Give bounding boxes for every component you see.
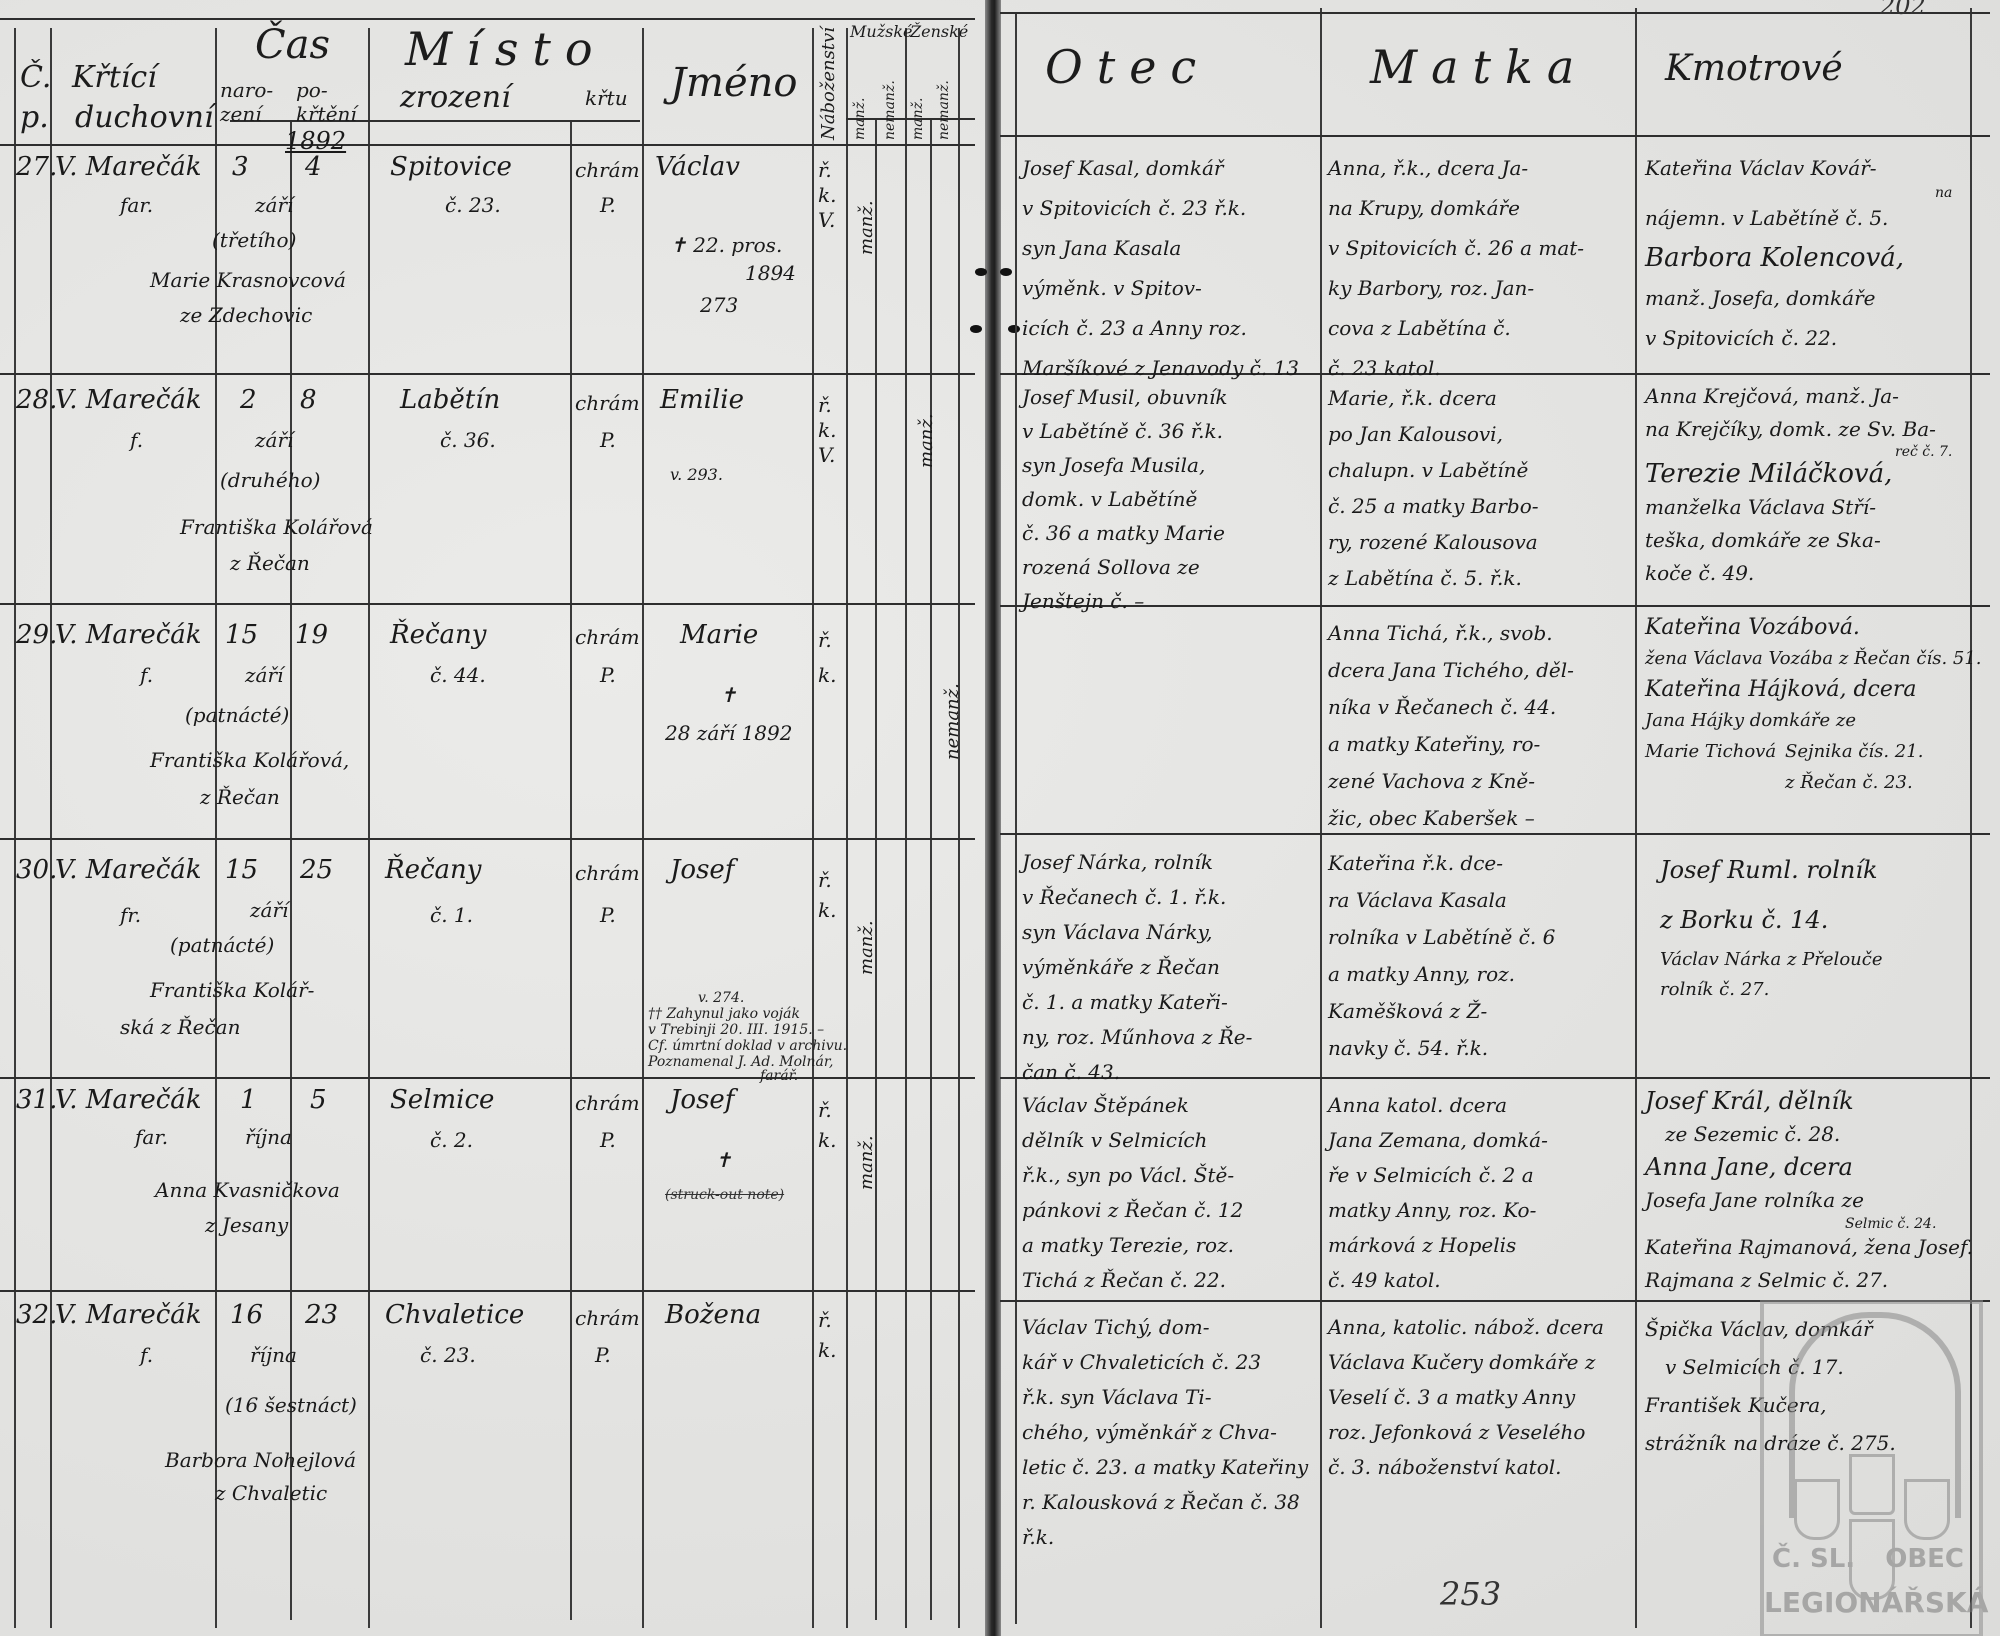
mother-line: márková z Hopelis xyxy=(1328,1228,1548,1263)
header-kmotrove: Kmotrové xyxy=(1665,48,1843,89)
father-line: č. 1. a matky Kateři- xyxy=(1022,985,1252,1020)
godparent-line: Kateřina Hájková, dcera xyxy=(1645,674,1982,705)
baptism-church: P. xyxy=(600,425,616,455)
entry-number: 28. xyxy=(16,385,57,415)
rule xyxy=(812,28,814,1628)
father-line: letic č. 23. a matky Kateřiny xyxy=(1022,1450,1308,1485)
birth-house: č. 23. xyxy=(445,190,501,220)
midwife: Barbora Nohejlová xyxy=(165,1445,356,1475)
mother-line: ry, rozené Kalousova xyxy=(1328,524,1539,560)
godparent-line: Terezie Miláčková, xyxy=(1645,458,1952,491)
header-top-rule xyxy=(0,18,975,20)
godparent-line: rolník č. 27. xyxy=(1660,975,1882,1005)
rule xyxy=(642,28,644,1628)
father-28: Josef Musil, obuvník v Labětíně č. 36 ř.… xyxy=(1022,380,1227,618)
header-cp-2: p. xyxy=(20,100,49,135)
day-words: (16 šestnáct) xyxy=(225,1390,357,1420)
priest: V. Marečák xyxy=(55,1085,202,1115)
rule xyxy=(50,28,52,1628)
entry-number: 32. xyxy=(16,1300,57,1330)
birth-day: 15 xyxy=(225,855,258,885)
birth-day: 16 xyxy=(230,1300,263,1330)
month: září xyxy=(255,190,293,220)
midwife-place: z Řečan xyxy=(230,548,310,578)
godparent-line: reč č. 7. xyxy=(1645,446,1952,458)
struck-note: (struck-out note) xyxy=(665,1180,784,1210)
religion: ř. xyxy=(818,1305,832,1335)
godparent-line: teška, domkáře ze Ska- xyxy=(1645,524,1952,557)
baptism-place: chrám xyxy=(575,858,640,888)
header-zenske-manz: manž. xyxy=(910,72,926,140)
father-line: ny, roz. Műnhova z Ře- xyxy=(1022,1020,1252,1055)
header-matka: Matka xyxy=(1370,40,1588,94)
father-30: Josef Nárka, rolník v Řečanech č. 1. ř.k… xyxy=(1022,845,1252,1090)
mother-line: níka v Řečanech č. 44. xyxy=(1328,689,1574,726)
entry-rule xyxy=(0,838,975,840)
mother-line: dcera Jana Tichého, děl- xyxy=(1328,652,1574,689)
eagle-shield-icon xyxy=(1794,1479,1840,1540)
header-zrozeni: zrození xyxy=(400,80,511,115)
mother-line: Jana Zemana, domká- xyxy=(1328,1123,1548,1158)
mother-31: Anna katol. dcera Jana Zemana, domká- ře… xyxy=(1328,1088,1548,1298)
death-note: †† Zahynul jako voják xyxy=(648,1006,800,1022)
name-note: ✝ xyxy=(720,680,737,710)
month: září xyxy=(250,895,288,925)
godparents-30: Josef Ruml. rolník z Borku č. 14. Václav… xyxy=(1660,845,1882,1005)
midwife: Františka Kolář- xyxy=(150,975,314,1005)
name-note: ✝ xyxy=(715,1145,732,1175)
godparent-line: Anna Krejčová, manž. Ja- xyxy=(1645,380,1952,413)
godparent-line: Barbora Kolencová, xyxy=(1645,238,1952,278)
mother-30: Kateřina ř.k. dce- ra Václava Kasala rol… xyxy=(1328,845,1555,1067)
father-line: syn Josefa Musila, xyxy=(1022,448,1227,482)
father-line: Josef Nárka, rolník xyxy=(1022,845,1252,880)
month: září xyxy=(245,660,283,690)
godparent-line: Kateřina Rajmanová, žena Josef. xyxy=(1645,1231,1973,1264)
mother-line: z Labětína č. 5. ř.k. xyxy=(1328,560,1539,596)
father-line: výměnk. v Spitov- xyxy=(1022,268,1299,308)
mother-line: ky Barbory, roz. Jan- xyxy=(1328,268,1584,308)
mother-line: č. 49 katol. xyxy=(1328,1263,1548,1298)
name-note: v. 274. xyxy=(698,990,744,1006)
father-line: ř.k. xyxy=(1022,1520,1308,1555)
rule xyxy=(1635,8,1637,1628)
header-narozeni: naro-zení xyxy=(220,78,290,126)
priest: V. Marečák xyxy=(55,152,202,182)
mother-27: Anna, ř.k., dcera Ja- na Krupy, domkáře … xyxy=(1328,148,1584,388)
godparent-line: v Spitovicích č. 22. xyxy=(1645,318,1952,358)
priest-title: f. xyxy=(140,1340,153,1370)
father-line: č. 36 a matky Marie xyxy=(1022,516,1227,550)
priest-title: far. xyxy=(120,190,153,220)
father-line: kář v Chvaleticích č. 23 xyxy=(1022,1345,1308,1380)
birth-house: č. 1. xyxy=(430,900,473,930)
father-line: Josef Musil, obuvník xyxy=(1022,380,1227,414)
father-line: syn Jana Kasala xyxy=(1022,228,1299,268)
entry-rule xyxy=(0,1077,975,1079)
header-cp-1: Č. xyxy=(20,60,51,95)
header-pokrteni: po-křtění xyxy=(296,78,366,126)
header-muzske-manz: manž. xyxy=(852,72,868,140)
header-zenske-nemanz: nemanž. xyxy=(936,72,952,140)
midwife-place: ze Zdechovic xyxy=(180,300,312,330)
birth-place: Spitovice xyxy=(390,152,512,182)
father-27: Josef Kasal, domkář v Spitovicích č. 23 … xyxy=(1022,148,1299,388)
rule xyxy=(14,28,16,1628)
mother-line: a matky Kateřiny, ro- xyxy=(1328,726,1574,763)
godparent-line: Rajmana z Selmic č. 27. xyxy=(1645,1264,1973,1297)
name-note: 273 xyxy=(700,290,738,320)
double-cross-shield-icon xyxy=(1849,1454,1895,1515)
baptism-church: P. xyxy=(595,1340,611,1370)
header-krtu: křtu xyxy=(585,86,628,110)
baptism-day: 5 xyxy=(310,1085,327,1115)
mother-line: Václava Kučery domkáře z xyxy=(1328,1345,1604,1380)
header-zenske: Ženské xyxy=(910,22,955,41)
death-note: Poznamenal J. Ad. Molnár, xyxy=(648,1054,833,1070)
stamp-text-bottom: LEGIONÁŘSKÁ xyxy=(1764,1586,1979,1619)
sex-legitimacy: manž. xyxy=(852,1090,882,1190)
subheader-rule xyxy=(230,120,640,122)
godparent-line: manželka Václava Stří- xyxy=(1645,491,1952,524)
father-31: Václav Štěpánek dělník v Selmicích ř.k.,… xyxy=(1022,1088,1243,1298)
book-spine xyxy=(985,0,1001,1636)
father-line: rozená Sollova ze xyxy=(1022,550,1227,584)
godparent-line: z Řečan č. 23. xyxy=(1645,767,1982,798)
stamp-text-right: OBEC xyxy=(1764,1544,1964,1574)
header-duchovni: duchovní xyxy=(75,100,214,135)
entry-rule xyxy=(0,603,975,605)
child-name: Václav xyxy=(655,152,740,182)
baptism-place: chrám xyxy=(575,388,640,418)
father-line: syn Václava Nárky, xyxy=(1022,915,1252,950)
entry-rule xyxy=(0,373,975,375)
baptism-church: P. xyxy=(600,190,616,220)
name-note: 28 září 1892 xyxy=(665,718,792,748)
mother-line: roz. Jefonková z Veselého xyxy=(1328,1415,1604,1450)
mother-line: ře v Selmicích č. 2 a xyxy=(1328,1158,1548,1193)
sex-legitimacy: manž. xyxy=(912,378,942,468)
father-line: pánkovi z Řečan č. 12 xyxy=(1022,1193,1243,1228)
day-words: (druhého) xyxy=(220,465,321,495)
midwife: Marie Krasnovcová xyxy=(150,265,346,295)
baptism-place: chrám xyxy=(575,622,640,652)
godparent-line: Jana Hájky domkáře ze xyxy=(1645,705,1982,736)
midwife: Anna Kvasničkova xyxy=(155,1175,340,1205)
mother-line: Anna, ř.k., dcera Ja- xyxy=(1328,148,1584,188)
header-otec: Otec xyxy=(1045,40,1210,94)
rule xyxy=(1015,14,1017,1624)
death-note: Cf. úmrtní doklad v archivu. xyxy=(648,1038,847,1054)
mother-line: č. 3. náboženství katol. xyxy=(1328,1450,1604,1485)
godparent-line: Václav Nárka z Přelouče xyxy=(1660,945,1882,975)
binding-hole xyxy=(970,325,982,333)
religion: V. xyxy=(818,205,835,235)
father-line: dělník v Selmicích xyxy=(1022,1123,1243,1158)
father-line: Václav Štěpánek xyxy=(1022,1088,1243,1123)
day-words: (patnácté) xyxy=(185,700,289,730)
day-words: (patnácté) xyxy=(170,930,274,960)
midwife-place: z Jesany xyxy=(205,1210,288,1240)
mother-line: žic, obec Kaberšek – xyxy=(1328,800,1574,837)
birth-place: Řečany xyxy=(385,855,481,885)
baptism-church: P. xyxy=(600,900,616,930)
left-page: Č. p. Křtící duchovní Čas naro-zení po-k… xyxy=(0,0,975,1636)
father-line: čan č. 43. xyxy=(1022,1055,1252,1090)
header-nabozenstvi: Náboženství xyxy=(818,30,839,140)
priest-title: fr. xyxy=(120,900,141,930)
sex-legitimacy: nemanž. xyxy=(938,620,968,760)
baptism-church: P. xyxy=(600,660,616,690)
mother-line: zené Vachova z Kně- xyxy=(1328,763,1574,800)
mother-line: rolníka v Labětíně č. 6 xyxy=(1328,919,1555,956)
rule xyxy=(846,28,848,1628)
mother-line: po Jan Kalousovi, xyxy=(1328,416,1539,452)
godparent-line: koče č. 49. xyxy=(1645,557,1952,590)
mother-line: chalupn. v Labětíně xyxy=(1328,452,1539,488)
religion: ř. xyxy=(818,625,832,655)
entry-number: 30. xyxy=(16,855,57,885)
sex-legitimacy: manž. xyxy=(852,165,882,255)
page-number-top: 202 xyxy=(1880,0,1926,20)
father-line: a matky Terezie, roz. xyxy=(1022,1228,1243,1263)
binding-hole xyxy=(975,268,987,276)
mother-line: Veselí č. 3 a matky Anny xyxy=(1328,1380,1604,1415)
father-line: Václav Tichý, dom- xyxy=(1022,1310,1308,1345)
month: září xyxy=(255,425,293,455)
religion: k. xyxy=(818,1125,836,1155)
midwife-place: ská z Řečan xyxy=(120,1012,240,1042)
baptism-place: chrám xyxy=(575,1303,640,1333)
father-line: r. Kalousková z Řečan č. 38 xyxy=(1022,1485,1308,1520)
mother-line: Kateřina ř.k. dce- xyxy=(1328,845,1555,882)
birth-house: č. 36. xyxy=(440,425,496,455)
mother-line: a matky Anny, roz. xyxy=(1328,956,1555,993)
name-note: ✝ 22. pros. xyxy=(670,230,782,260)
name-note: v. 293. xyxy=(670,460,723,490)
father-line: Tichá z Řečan č. 22. xyxy=(1022,1263,1243,1298)
baptism-day: 25 xyxy=(300,855,333,885)
godparent-line: Kateřina Václav Kovář- xyxy=(1645,148,1952,188)
birth-day: 15 xyxy=(225,620,258,650)
header-bottom-rule xyxy=(0,144,975,146)
birth-place: Řečany xyxy=(390,620,486,650)
mother-28: Marie, ř.k. dcera po Jan Kalousovi, chal… xyxy=(1328,380,1539,596)
birth-place: Chvaletice xyxy=(385,1300,524,1330)
legion-stamp: Č. SL. OBEC LEGIONÁŘSKÁ xyxy=(1760,1300,1983,1636)
day-words: (třetího) xyxy=(212,225,296,255)
father-line: icích č. 23 a Anny roz. xyxy=(1022,308,1299,348)
death-note: farář. xyxy=(760,1068,798,1084)
child-name: Božena xyxy=(665,1300,761,1330)
mother-32: Anna, katolic. nábož. dcera Václava Kuče… xyxy=(1328,1310,1604,1485)
priest-title: f. xyxy=(140,660,153,690)
birth-house: č. 23. xyxy=(420,1340,476,1370)
mother-line: Anna, katolic. nábož. dcera xyxy=(1328,1310,1604,1345)
religion: k. xyxy=(818,660,836,690)
mother-line: matky Anny, roz. Ko- xyxy=(1328,1193,1548,1228)
child-name: Emilie xyxy=(660,385,744,415)
baptism-day: 4 xyxy=(305,152,322,182)
rule xyxy=(1320,8,1322,1628)
sex-legitimacy: manž. xyxy=(852,875,882,975)
father-line: výměnkáře z Řečan xyxy=(1022,950,1252,985)
child-name: Josef xyxy=(670,1085,734,1115)
godparent-line: Josef Ruml. rolník xyxy=(1660,845,1882,895)
header-top-rule xyxy=(1000,12,1990,14)
header-muzske-nemanz: nemanž. xyxy=(882,72,898,140)
header-krtici: Křtící xyxy=(72,60,157,95)
godparents-27: Kateřina Václav Kovář- na nájemn. v Labě… xyxy=(1645,148,1952,358)
godparent-line: Selmic č. 24. xyxy=(1645,1217,1973,1231)
godparents-29: Kateřina Vozábová. žena Václava Vozába z… xyxy=(1645,612,1982,798)
mother-line: Anna Tichá, ř.k., svob. xyxy=(1328,615,1574,652)
godparent-line: na xyxy=(1645,188,1952,198)
father-line: domk. v Labětíně xyxy=(1022,482,1227,516)
baptism-day: 19 xyxy=(295,620,328,650)
header-misto: Místo xyxy=(405,22,607,76)
godparent-line: Josef Král, dělník xyxy=(1645,1085,1973,1118)
midwife: Františka Kolářová, xyxy=(150,745,349,775)
entry-number: 27. xyxy=(16,152,57,182)
mother-line: navky č. 54. ř.k. xyxy=(1328,1030,1555,1067)
rule xyxy=(930,120,932,1620)
godparents-31: Josef Král, dělník ze Sezemic č. 28. Ann… xyxy=(1645,1085,1973,1297)
mother-line: Kaměšková z Ž- xyxy=(1328,993,1555,1030)
birth-day: 2 xyxy=(240,385,257,415)
priest: V. Marečák xyxy=(55,1300,202,1330)
father-line: Josef Kasal, domkář xyxy=(1022,148,1299,188)
priest-title: far. xyxy=(135,1122,168,1152)
mother-line: v Spitovicích č. 26 a mat- xyxy=(1328,228,1584,268)
father-line: v Spitovicích č. 23 ř.k. xyxy=(1022,188,1299,228)
entry-number: 31. xyxy=(16,1085,57,1115)
mother-line: cova z Labětína č. xyxy=(1328,308,1584,348)
father-32: Václav Tichý, dom- kář v Chvaleticích č.… xyxy=(1022,1310,1308,1555)
register-spread: Č. p. Křtící duchovní Čas naro-zení po-k… xyxy=(0,0,2000,1636)
child-name: Marie xyxy=(680,620,758,650)
religion: k. xyxy=(818,1335,836,1365)
mother-line: na Krupy, domkáře xyxy=(1328,188,1584,228)
child-name: Josef xyxy=(670,855,734,885)
father-line: ř.k., syn po Václ. Ště- xyxy=(1022,1158,1243,1193)
godparent-line: žena Václava Vozába z Řečan čís. 51. xyxy=(1645,643,1982,674)
rule xyxy=(368,28,370,1628)
month: října xyxy=(245,1122,292,1152)
eagle-shield-icon xyxy=(1904,1479,1950,1540)
baptism-day: 23 xyxy=(305,1300,338,1330)
header-cas: Čas xyxy=(255,22,330,68)
father-line: v Řečanech č. 1. ř.k. xyxy=(1022,880,1252,915)
birth-day: 1 xyxy=(240,1085,257,1115)
rule xyxy=(905,28,907,1628)
rule xyxy=(875,120,877,1620)
header-muzske: Mužské xyxy=(850,22,905,41)
mother-line: ra Václava Kasala xyxy=(1328,882,1555,919)
baptism-church: P. xyxy=(600,1125,616,1155)
baptism-place: chrám xyxy=(575,155,640,185)
godparent-line: Anna Jane, dcera xyxy=(1645,1151,1973,1184)
birth-place: Labětín xyxy=(400,385,500,415)
godparent-line: Josefa Jane rolníka ze xyxy=(1645,1184,1973,1217)
father-line: Jenštejn č. – xyxy=(1022,584,1227,618)
godparent-line: ze Sezemic č. 28. xyxy=(1645,1118,1973,1151)
baptism-day: 8 xyxy=(300,385,317,415)
birth-place: Selmice xyxy=(390,1085,494,1115)
rule xyxy=(570,120,572,1620)
baptism-place: chrám xyxy=(575,1088,640,1118)
header-bottom-rule xyxy=(1000,135,1990,137)
midwife-place: z Chvaletic xyxy=(215,1478,327,1508)
father-line: ř.k. syn Václava Ti- xyxy=(1022,1380,1308,1415)
entry-rule xyxy=(0,1290,975,1292)
godparent-line: nájemn. v Labětíně č. 5. xyxy=(1645,198,1952,238)
religion: ř. xyxy=(818,1095,832,1125)
month: října xyxy=(250,1340,297,1370)
mother-line: Marie, ř.k. dcera xyxy=(1328,380,1539,416)
mother-29: Anna Tichá, ř.k., svob. dcera Jana Tiché… xyxy=(1328,615,1574,837)
religion: V. xyxy=(818,440,835,470)
father-line: chého, výměnkář z Chva- xyxy=(1022,1415,1308,1450)
midwife-place: z Řečan xyxy=(200,782,280,812)
priest: V. Marečák xyxy=(55,855,202,885)
father-line: v Labětíně č. 36 ř.k. xyxy=(1022,414,1227,448)
religion: ř. xyxy=(818,865,832,895)
religion: k. xyxy=(818,895,836,925)
priest-title: f. xyxy=(130,425,143,455)
rule xyxy=(958,28,960,1628)
entry-number: 29. xyxy=(16,620,57,650)
name-note: 1894 xyxy=(745,258,796,288)
priest: V. Marečák xyxy=(55,385,202,415)
mother-line: č. 25 a matky Barbo- xyxy=(1328,488,1539,524)
death-note: v Trebinji 20. III. 1915. – xyxy=(648,1022,824,1038)
birth-day: 3 xyxy=(232,152,249,182)
header-jmeno: Jméno xyxy=(670,60,797,106)
godparent-line: z Borku č. 14. xyxy=(1660,895,1882,945)
priest: V. Marečák xyxy=(55,620,202,650)
midwife: Františka Kolářová xyxy=(180,512,373,542)
page-number-bottom: 253 xyxy=(1440,1575,1501,1613)
birth-house: č. 44. xyxy=(430,660,486,690)
birth-house: č. 2. xyxy=(430,1125,473,1155)
godparent-line: na Krejčíky, domk. ze Sv. Ba- xyxy=(1645,413,1952,446)
godparents-28: Anna Krejčová, manž. Ja- na Krejčíky, do… xyxy=(1645,380,1952,590)
godparent-line: Kateřina Vozábová. xyxy=(1645,612,1982,643)
godparent-line: manž. Josefa, domkáře xyxy=(1645,278,1952,318)
mother-line: Anna katol. dcera xyxy=(1328,1088,1548,1123)
